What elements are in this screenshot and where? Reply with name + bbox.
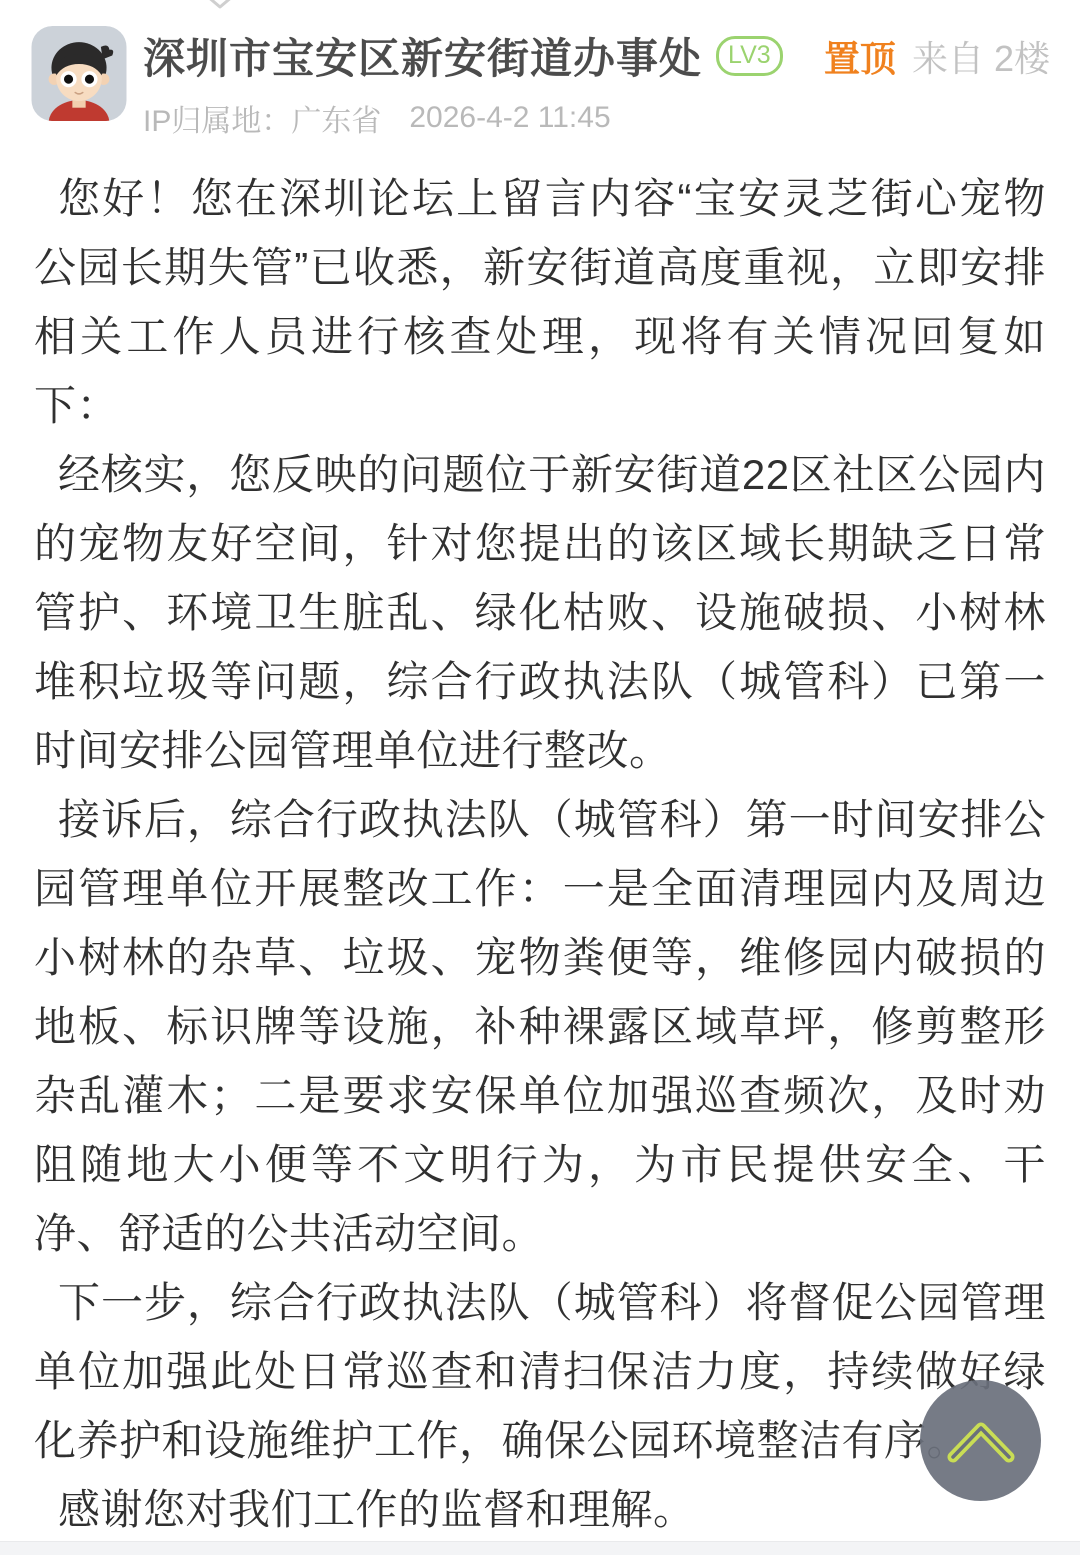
post-paragraph: 您好！您在深圳论坛上留言内容“宝安灵芝街心宠物公园长期失管”已收悉，新安街道高度… <box>34 164 1046 440</box>
avatar[interactable] <box>30 26 128 121</box>
back-to-top-button[interactable] <box>920 1380 1041 1501</box>
post-paragraph: 感谢您对我们工作的监督和理解。 <box>34 1475 1046 1544</box>
chevron-down-icon <box>203 0 237 12</box>
level-badge: LV3 <box>716 36 783 76</box>
pinned-badge: 置顶 <box>824 31 896 82</box>
chevron-up-icon <box>939 1411 1023 1471</box>
ip-location: IP归属地：广东省 <box>143 96 381 140</box>
post-paragraph: 经核实，您反映的问题位于新安街道22区社区公园内的宠物友好空间，针对您提出的该区… <box>34 440 1046 785</box>
timestamp: 2026-4-2 11:45 <box>409 101 610 135</box>
bottom-divider <box>0 1541 1080 1555</box>
post-paragraph: 接诉后，综合行政执法队（城管科）第一时间安排公园管理单位开展整改工作：一是全面清… <box>34 785 1046 1268</box>
header-main: 深圳市宝安区新安街道办事处 LV3 置顶 来自 2楼 IP归属地：广东省 202… <box>143 26 1050 140</box>
author-name[interactable]: 深圳市宝安区新安街道办事处 <box>143 26 702 86</box>
post-paragraph: 下一步，综合行政执法队（城管科）将督促公园管理单位加强此处日常巡查和清扫保洁力度… <box>34 1268 1046 1475</box>
floor-label: 来自 2楼 <box>912 31 1050 82</box>
post-card: 深圳市宝安区新安街道办事处 LV3 置顶 来自 2楼 IP归属地：广东省 202… <box>0 0 1080 1544</box>
post-header: 深圳市宝安区新安街道办事处 LV3 置顶 来自 2楼 IP归属地：广东省 202… <box>0 0 1080 140</box>
post-body: 您好！您在深圳论坛上留言内容“宝安灵芝街心宠物公园长期失管”已收悉，新安街道高度… <box>0 140 1080 1544</box>
